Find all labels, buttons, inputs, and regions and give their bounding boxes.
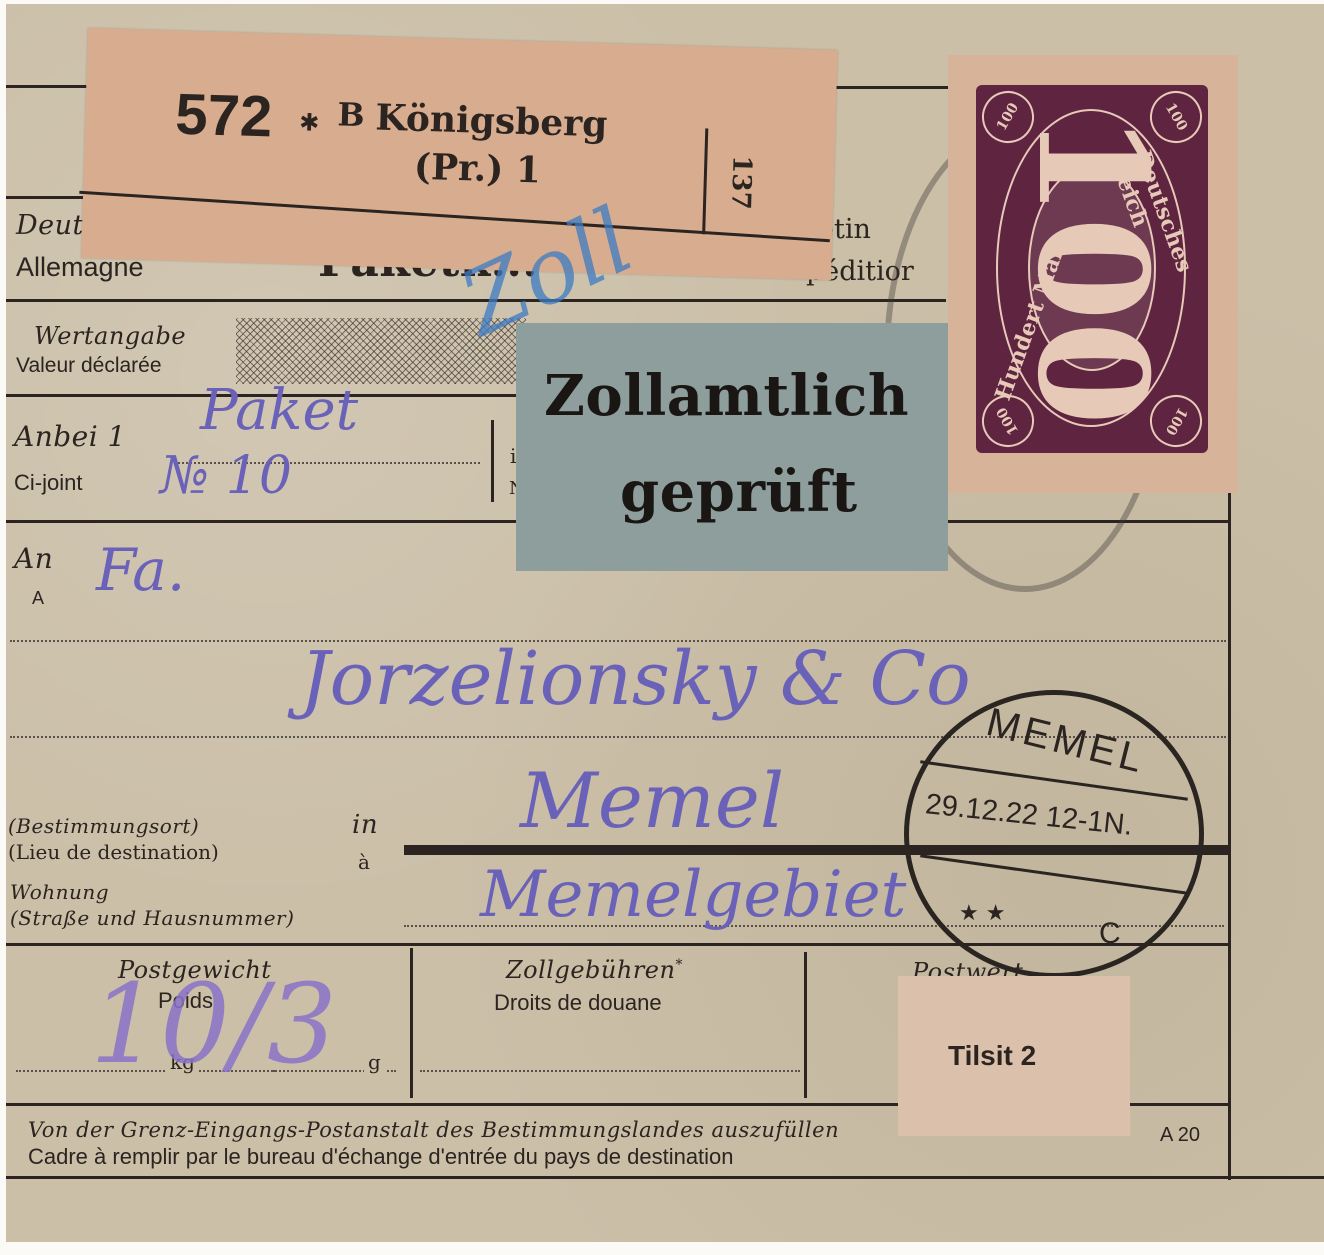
rule: [410, 948, 413, 1098]
enclosed-label-de: Anbei 1: [14, 420, 126, 453]
recipient-label-fr: A: [32, 588, 44, 609]
customs-fees-mark: *: [675, 957, 683, 973]
postmark-city: MEMEL: [982, 700, 1150, 783]
postmark-bar: [920, 854, 1188, 895]
customs-fees-label-text: Zollgebühren: [506, 956, 675, 984]
label-divider: [702, 128, 708, 234]
customs-label-line2: geprüft: [620, 459, 858, 525]
weight-unit-g: g: [364, 1050, 385, 1074]
stamp-design: 100 100 100 100 100 Deutsches Reich Hund…: [976, 85, 1208, 453]
registration-number: 572: [174, 81, 273, 151]
enclosed-label-fr: Ci-joint: [14, 470, 82, 496]
destination-in-de: in: [352, 810, 378, 840]
registration-office-prefix: B: [337, 95, 365, 134]
rule: [6, 85, 96, 88]
handwritten-recipient-prefix: Fa.: [96, 536, 185, 604]
rule: [830, 86, 950, 89]
postmark-stars: ★ ★: [959, 901, 1005, 926]
registration-side-number: 137: [725, 155, 757, 210]
recipient-label-de: An: [14, 542, 53, 575]
postmark-memel: MEMEL 29.12.22 12-1N. ★ ★ C: [904, 690, 1204, 978]
customs-label-line1: Zollamtlich: [544, 363, 909, 429]
handwritten-enclosed-1: Paket: [200, 378, 358, 443]
declared-value-label-de: Wertangabe: [34, 322, 186, 350]
address-label-fr: (Straße und Hausnummer): [10, 906, 294, 930]
declared-value-label-fr: Valeur déclarée: [16, 354, 162, 378]
footer-fr: Cadre à remplir par le bureau d'échange …: [28, 1144, 734, 1170]
form-code: A 20: [1160, 1124, 1200, 1147]
rule: [1228, 492, 1231, 1180]
registration-office-name: Königsberg: [375, 97, 608, 146]
dotted-line: [420, 1070, 800, 1072]
footer-de: Von der Grenz-Eingangs-Postanstalt des B…: [28, 1118, 839, 1142]
registration-label: 572 ✱ B Königsberg (Pr.) 1 137: [81, 28, 837, 280]
handwritten-weight: 10/3: [90, 960, 337, 1088]
routing-label: Tilsit 2: [898, 976, 1130, 1136]
postage-stamp: 100 100 100 100 100 Deutsches Reich Hund…: [948, 55, 1238, 493]
customs-fees-label-fr: Droits de douane: [494, 990, 662, 1016]
customs-fees-label-de: Zollgebühren*: [506, 956, 683, 984]
customs-label: Zollamtlich geprüft: [516, 323, 948, 571]
handwritten-region: Memelgebiet: [480, 858, 906, 932]
star-icon: ✱: [299, 108, 320, 137]
destination-label-fr: (Lieu de destination): [8, 840, 219, 864]
address-label-de: Wohnung: [10, 880, 109, 904]
postmark-letter: C: [1099, 917, 1121, 951]
rule: [491, 420, 494, 502]
destination-label-de: (Bestimmungsort): [8, 814, 199, 838]
destination-in-fr: à: [358, 850, 370, 874]
routing-label-text: Tilsit 2: [948, 1040, 1036, 1072]
registration-office-region: (Pr.) 1: [413, 146, 541, 192]
rule: [79, 191, 830, 243]
handwritten-recipient-name: Jorzelionsky & Co: [300, 636, 971, 722]
handwritten-destination-city: Memel: [520, 756, 784, 845]
rule: [804, 952, 807, 1098]
handwritten-enclosed-2: № 10: [160, 446, 292, 506]
postmark-date: 29.12.22 12-1N.: [924, 788, 1134, 843]
rule: [6, 1176, 1324, 1179]
rule: [6, 196, 86, 199]
